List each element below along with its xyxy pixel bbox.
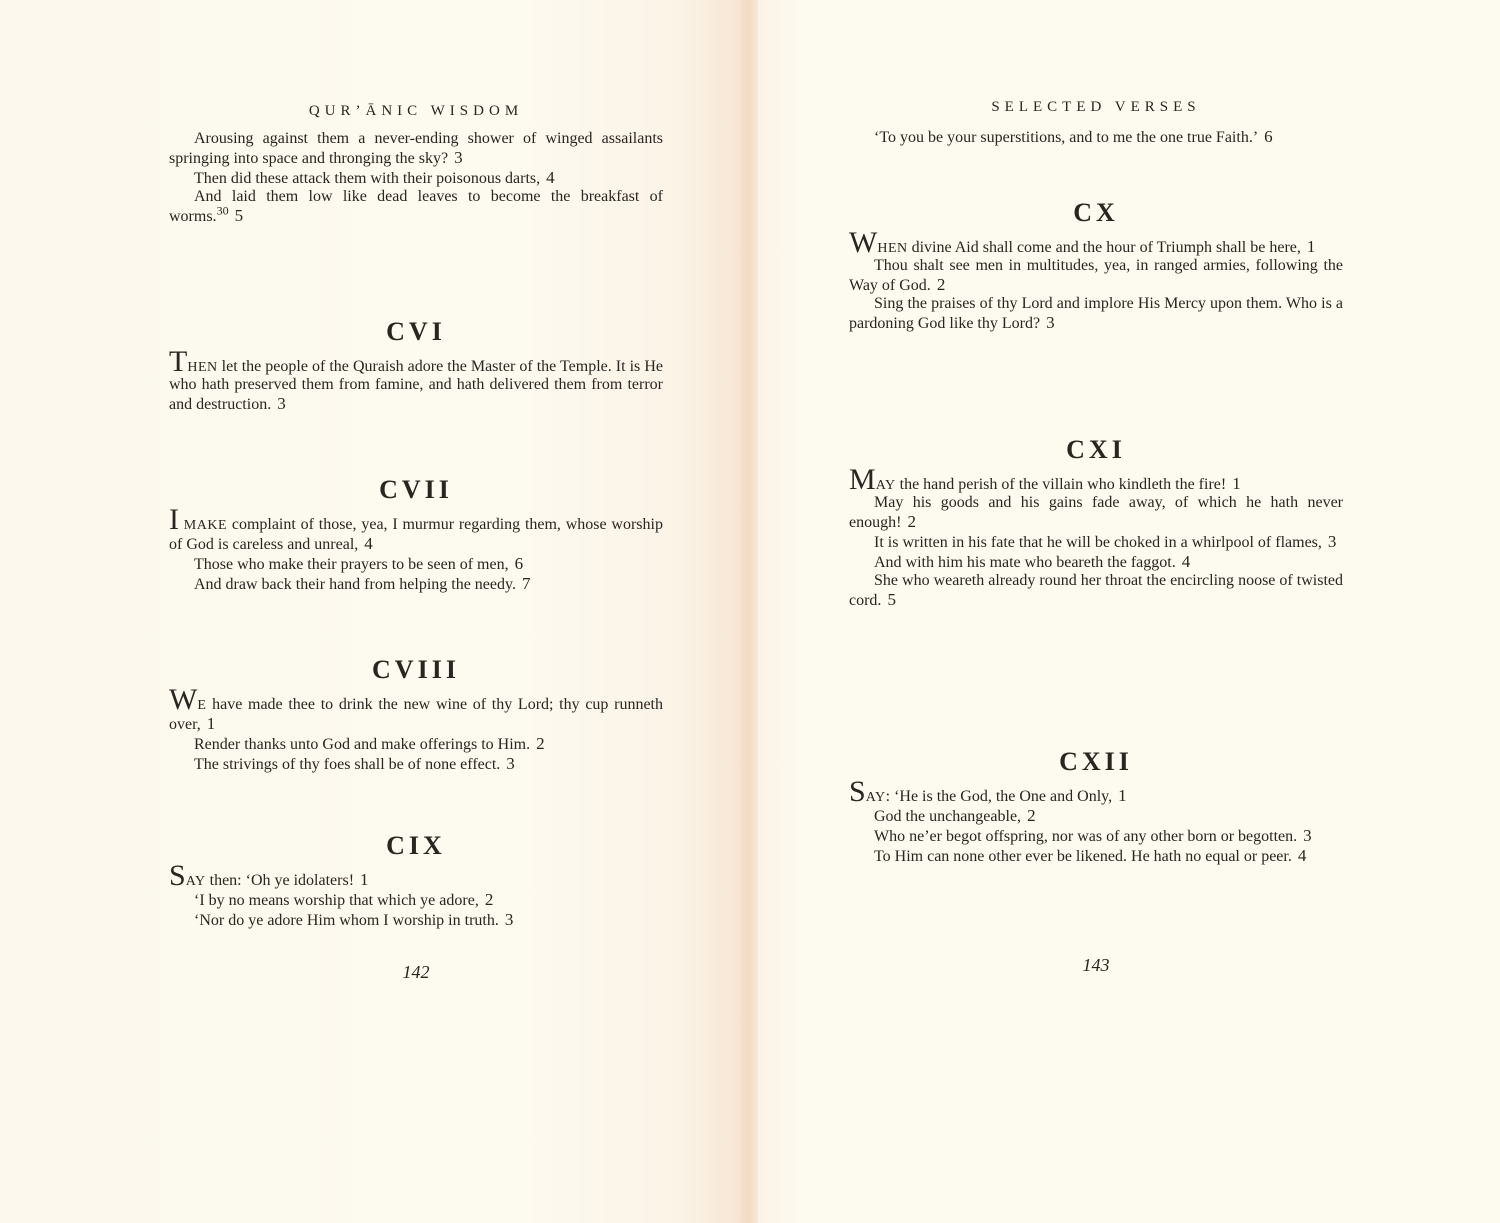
- verse-paragraph: Those who make their prayers to be seen …: [169, 554, 663, 574]
- verse-paragraph: Sing the praises of thy Lord and implore…: [849, 295, 1343, 333]
- footnote-ref: 30: [217, 204, 229, 218]
- verse-paragraph: When divine Aid shall come and the hour …: [849, 233, 1343, 257]
- verse-paragraph: ‘Nor do ye adore Him whom I worship in t…: [169, 910, 663, 930]
- section-title: CVII: [169, 470, 663, 510]
- section-cvi: CVI Then let the people of the Quraish a…: [169, 312, 663, 414]
- verse-number: 3: [1046, 313, 1055, 332]
- verse-paragraph: I make complaint of those, yea, I murmur…: [169, 510, 663, 554]
- section-cviii: CVIII We have made thee to drink the new…: [169, 650, 663, 774]
- verse-paragraph: Thou shalt see men in multitudes, yea, i…: [849, 257, 1343, 295]
- verse-number: 6: [1264, 127, 1273, 146]
- section-cxii: CXII Say: ‘He is the God, the One and On…: [849, 742, 1343, 866]
- verse-paragraph: She who weareth already round her throat…: [849, 572, 1343, 610]
- verse-number: 2: [536, 734, 545, 753]
- verse-paragraph: It is written in his fate that he will b…: [849, 532, 1343, 552]
- verse-paragraph: May the hand perish of the villain who k…: [849, 470, 1343, 494]
- verse-paragraph: ‘To you be your superstitions, and to me…: [849, 127, 1343, 147]
- verse-paragraph: The strivings of thy foes shall be of no…: [169, 754, 663, 774]
- verse-number: 3: [454, 148, 463, 167]
- running-head: Qur’ānic Wisdom: [169, 103, 663, 120]
- verse-number: 4: [364, 534, 373, 553]
- verse-number: 2: [1027, 806, 1036, 825]
- verse-paragraph: God the unchangeable,2: [849, 806, 1343, 826]
- book-gutter: [740, 0, 758, 1223]
- verse-number: 3: [1303, 826, 1312, 845]
- verse-number: 1: [1118, 786, 1127, 805]
- page-number: 143: [849, 955, 1343, 976]
- verse-number: 5: [887, 590, 896, 609]
- drop-initial: T: [169, 345, 187, 378]
- book-spread: Qur’ānic Wisdom Arousing against them a …: [0, 0, 1500, 1223]
- verse-paragraph: Arousing against them a never-ending sho…: [169, 130, 663, 168]
- verse-paragraph: And with him his mate who beareth the fa…: [849, 552, 1343, 572]
- verse-number: 2: [907, 512, 916, 531]
- section-cvii: CVII I make complaint of those, yea, I m…: [169, 470, 663, 594]
- verse-number: 4: [1298, 846, 1307, 865]
- verse-number: 3: [506, 754, 515, 773]
- section-cxi: CXI May the hand perish of the villain w…: [849, 430, 1343, 610]
- verse-paragraph: Then let the people of the Quraish adore…: [169, 352, 663, 414]
- verse-number: 5: [235, 206, 244, 225]
- verse-number: 1: [360, 870, 369, 889]
- section-cix: CIX Say then: ‘Oh ye idolaters!1 ‘I by n…: [169, 826, 663, 930]
- verse-number: 4: [1182, 552, 1191, 571]
- verse-paragraph: We have made thee to drink the new wine …: [169, 690, 663, 734]
- drop-initial: I: [169, 503, 179, 536]
- section-title: CVIII: [169, 650, 663, 690]
- verse-number: 1: [1307, 237, 1316, 256]
- verse-number: 6: [515, 554, 524, 573]
- verse-number: 2: [937, 275, 946, 294]
- verse-number: 3: [505, 910, 514, 929]
- section-title: CXII: [849, 742, 1343, 782]
- section-title: CXI: [849, 430, 1343, 470]
- section-title: CVI: [169, 312, 663, 352]
- drop-initial: S: [849, 775, 866, 808]
- verse-paragraph: To Him can none other ever be likened. H…: [849, 846, 1343, 866]
- verse-paragraph: ‘I by no means worship that which ye ado…: [169, 890, 663, 910]
- continuation-block: ‘To you be your superstitions, and to me…: [849, 127, 1343, 147]
- verse-paragraph: And draw back their hand from helping th…: [169, 574, 663, 594]
- verse-paragraph: Say then: ‘Oh ye idolaters!1: [169, 866, 663, 890]
- verse-paragraph: Who ne’er begot offspring, nor was of an…: [849, 826, 1343, 846]
- right-page: Selected Verses ‘To you be your supersti…: [758, 0, 1500, 1223]
- verse-number: 3: [1328, 532, 1337, 551]
- section-title: CIX: [169, 826, 663, 866]
- verse-number: 4: [546, 168, 555, 187]
- verse-paragraph: And laid them low like dead leaves to be…: [169, 188, 663, 226]
- verse-number: 7: [522, 574, 531, 593]
- drop-initial: S: [169, 859, 186, 892]
- running-head: Selected Verses: [849, 99, 1343, 116]
- left-page: Qur’ānic Wisdom Arousing against them a …: [0, 0, 740, 1223]
- section-cx: CX When divine Aid shall come and the ho…: [849, 193, 1343, 333]
- drop-initial: W: [169, 683, 197, 716]
- verse-paragraph: Say: ‘He is the God, the One and Only,1: [849, 782, 1343, 806]
- verse-number: 1: [1232, 474, 1241, 493]
- verse-number: 3: [277, 394, 286, 413]
- verse-paragraph: Then did these attack them with their po…: [169, 168, 663, 188]
- verse-number: 1: [207, 714, 216, 733]
- verse-number: 2: [485, 890, 494, 909]
- section-title: CX: [849, 193, 1343, 233]
- drop-initial: W: [849, 226, 877, 259]
- page-number: 142: [169, 962, 663, 983]
- continuation-block: Arousing against them a never-ending sho…: [169, 130, 663, 226]
- drop-initial: M: [849, 463, 876, 496]
- verse-paragraph: Render thanks unto God and make offering…: [169, 734, 663, 754]
- verse-paragraph: May his goods and his gains fade away, o…: [849, 494, 1343, 532]
